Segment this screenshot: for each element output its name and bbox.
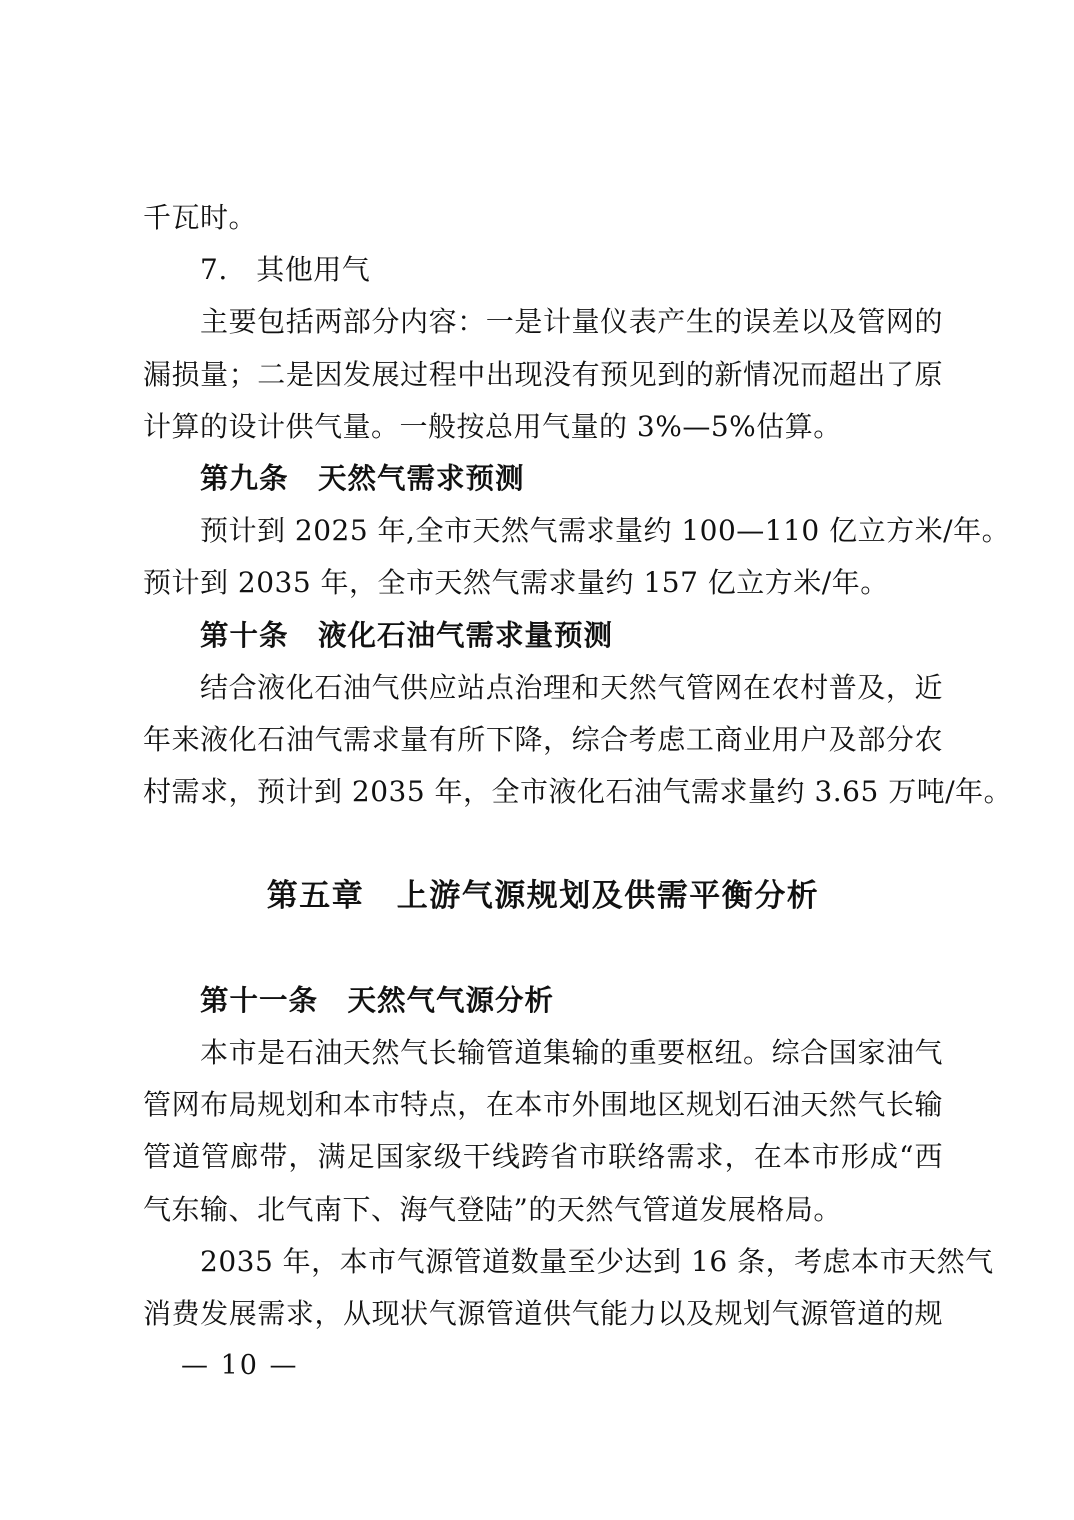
body-line: 预计到 2025 年,全市天然气需求量约 100—110 亿立方米/年。 bbox=[143, 505, 943, 557]
page-number: — 10 — bbox=[143, 1340, 943, 1392]
body-line: 计算的设计供气量。一般按总用气量的 3%—5%估算。 bbox=[143, 401, 943, 453]
body-line: 管网布局规划和本市特点，在本市外围地区规划石油天然气长输 bbox=[143, 1079, 943, 1131]
body-line: 结合液化石油气供应站点治理和天然气管网在农村普及，近 bbox=[143, 662, 943, 714]
blank-line bbox=[143, 818, 943, 870]
blank-line bbox=[143, 923, 943, 975]
document-page: 千瓦时。 7. 其他用气 主要包括两部分内容：一是计量仪表产生的误差以及管网的 … bbox=[0, 0, 1074, 1520]
article-9-heading: 第九条 天然气需求预测 bbox=[143, 453, 943, 505]
body-line: 村需求，预计到 2035 年，全市液化石油气需求量约 3.65 万吨/年。 bbox=[143, 766, 943, 818]
article-11-heading: 第十一条 天然气气源分析 bbox=[143, 975, 943, 1027]
item-7-subheading: 7. 其他用气 bbox=[143, 244, 943, 296]
article-10-heading: 第十条 液化石油气需求量预测 bbox=[143, 610, 943, 662]
body-line: 千瓦时。 bbox=[143, 192, 943, 244]
body-line: 漏损量；二是因发展过程中出现没有预见到的新情况而超出了原 bbox=[143, 349, 943, 401]
body-line: 气东输、北气南下、海气登陆”的天然气管道发展格局。 bbox=[143, 1184, 943, 1236]
chapter-5-title: 第五章 上游气源规划及供需平衡分析 bbox=[143, 870, 943, 922]
body-line: 本市是石油天然气长输管道集输的重要枢纽。综合国家油气 bbox=[143, 1027, 943, 1079]
body-line: 主要包括两部分内容：一是计量仪表产生的误差以及管网的 bbox=[143, 296, 943, 348]
body-line: 2035 年，本市气源管道数量至少达到 16 条，考虑本市天然气 bbox=[143, 1236, 943, 1288]
body-line: 消费发展需求，从现状气源管道供气能力以及规划气源管道的规 bbox=[143, 1288, 943, 1340]
body-line: 预计到 2035 年，全市天然气需求量约 157 亿立方米/年。 bbox=[143, 557, 943, 609]
body-line: 年来液化石油气需求量有所下降，综合考虑工商业用户及部分农 bbox=[143, 714, 943, 766]
body-line: 管道管廊带，满足国家级干线跨省市联络需求，在本市形成“西 bbox=[143, 1131, 943, 1183]
document-body: 千瓦时。 7. 其他用气 主要包括两部分内容：一是计量仪表产生的误差以及管网的 … bbox=[143, 192, 943, 1392]
